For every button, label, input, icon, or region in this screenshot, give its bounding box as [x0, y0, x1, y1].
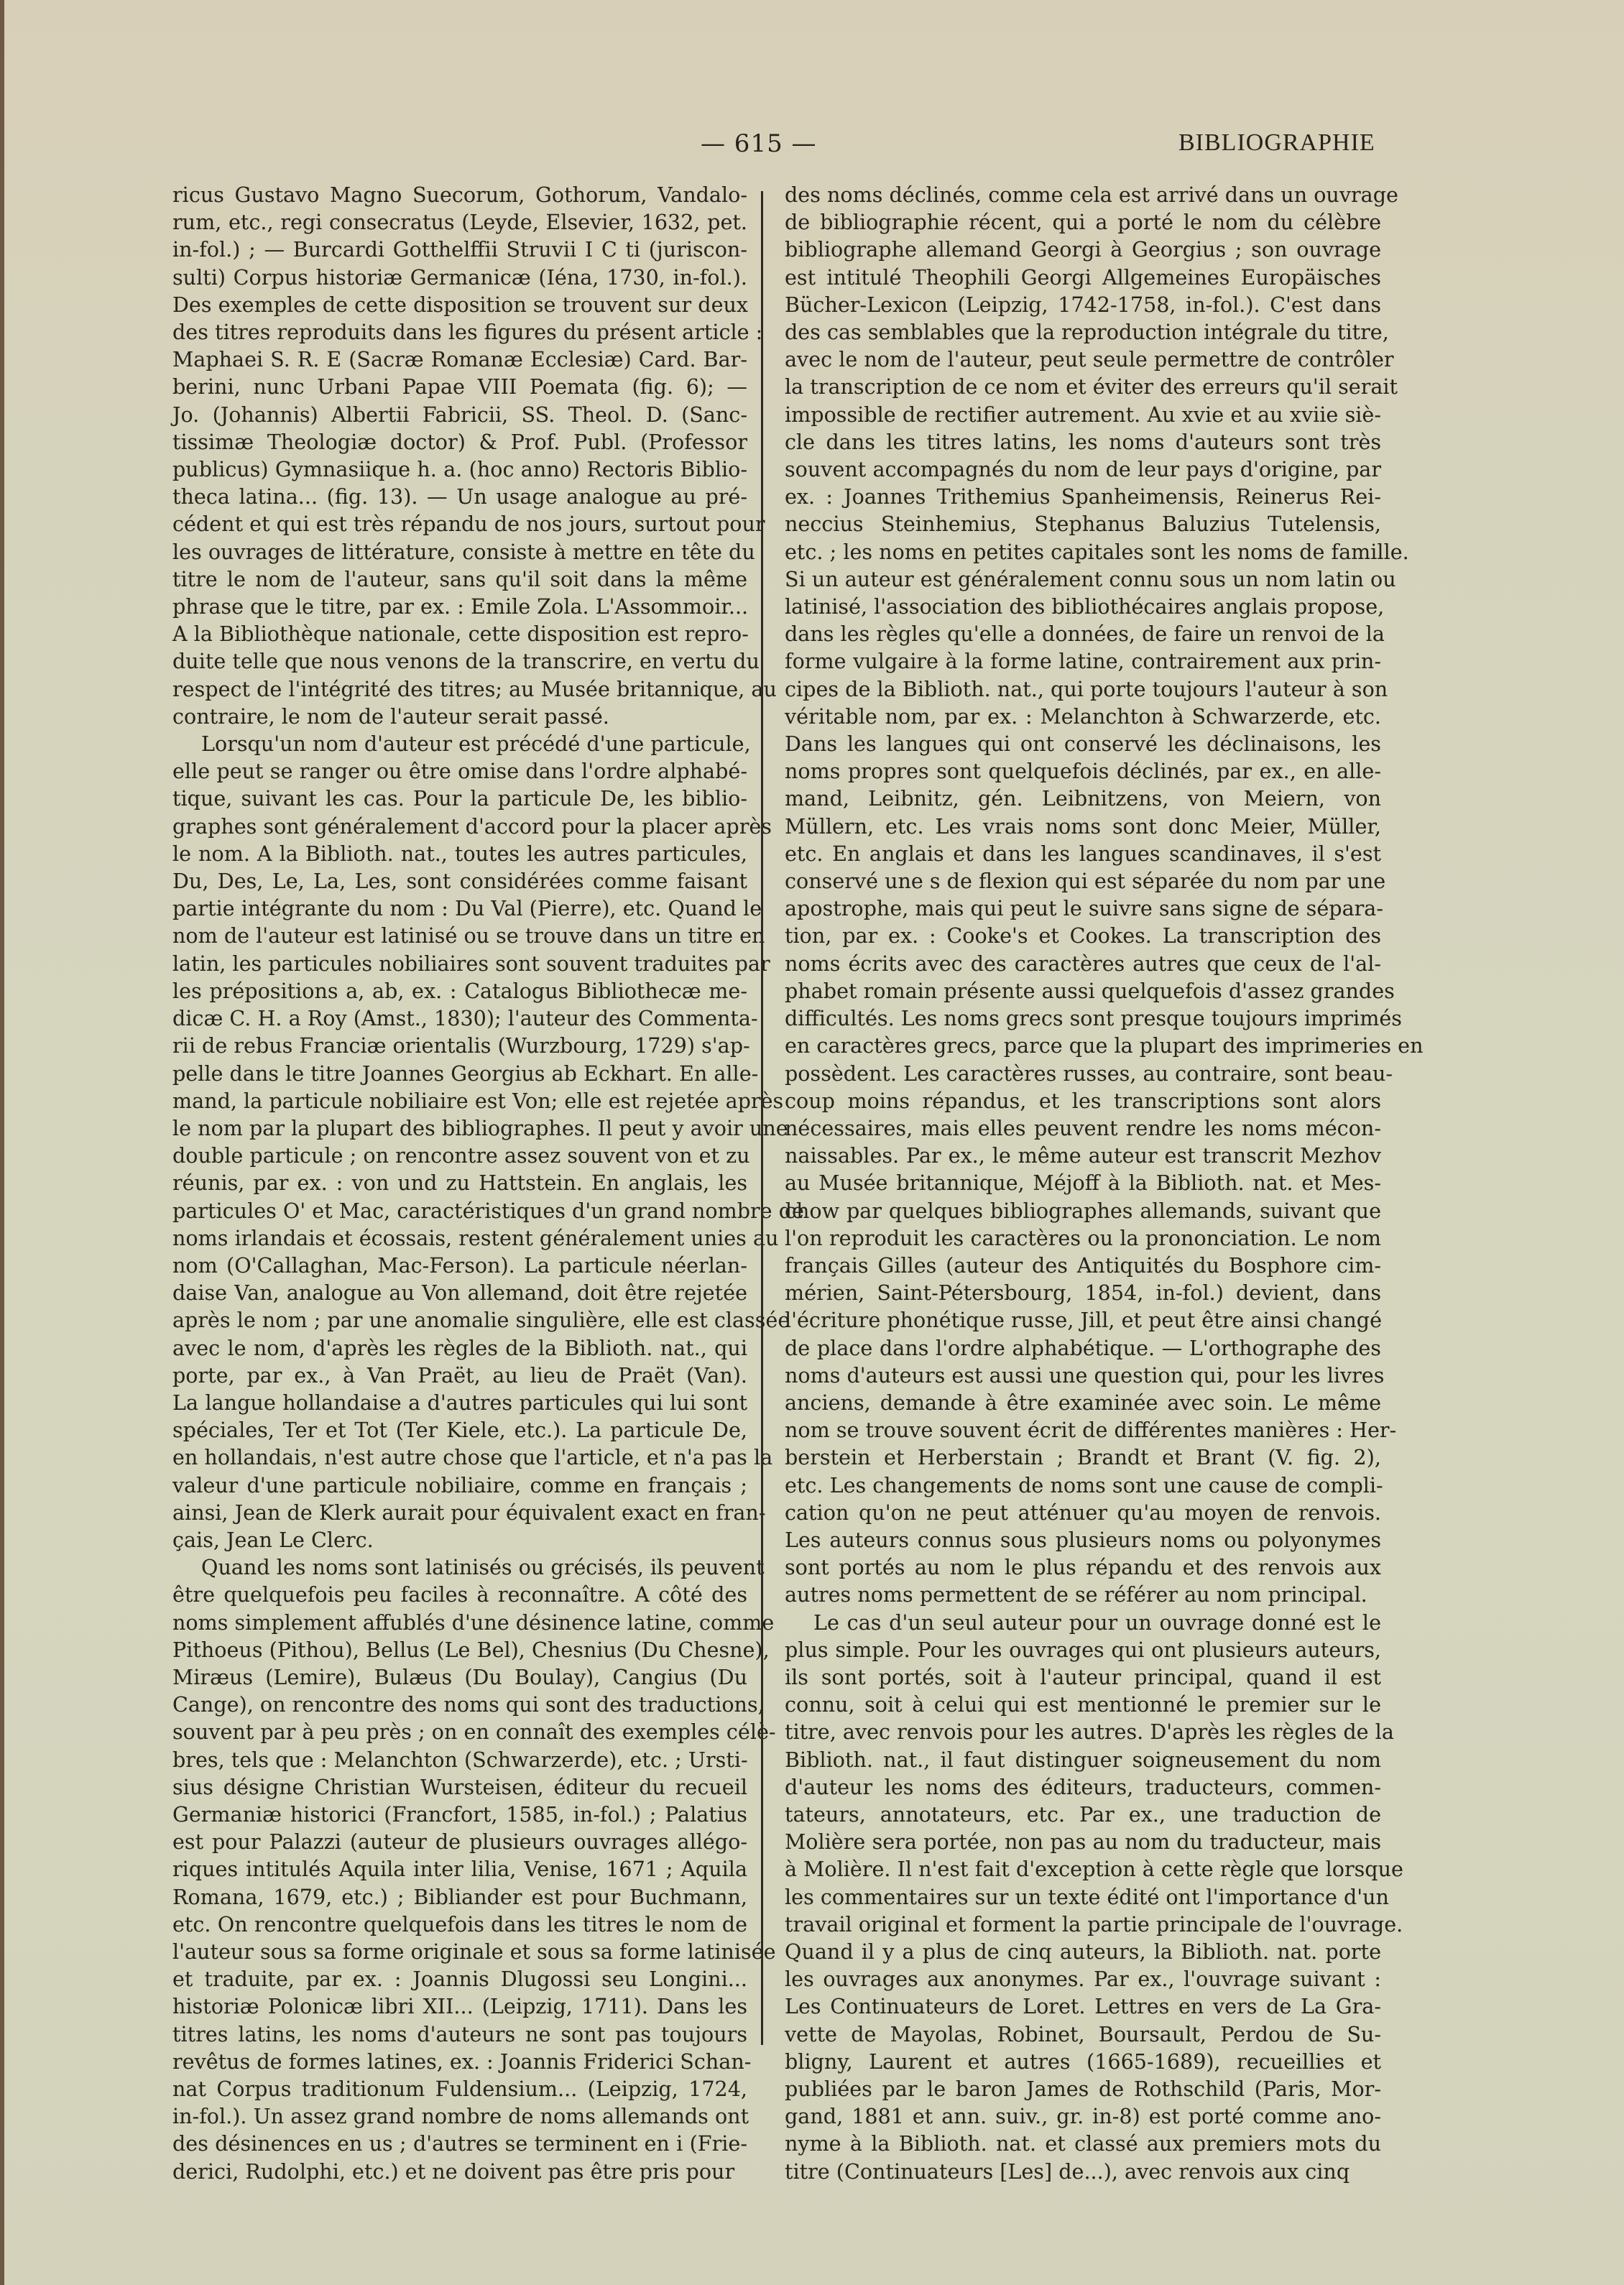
- text-line: noms d'auteurs est aussi une question qu…: [785, 1362, 1381, 1389]
- text-line: les ouvrages aux anonymes. Par ex., l'ou…: [785, 1965, 1381, 1993]
- text-line: valeur d'une particule nobiliaire, comme…: [172, 1472, 747, 1499]
- text-line: revêtus de formes latines, ex. : Joannis…: [172, 2048, 747, 2075]
- text-line: sulti) Corpus historiæ Germanicæ (Iéna, …: [172, 264, 747, 291]
- text-line: neccius Steinhemius, Stephanus Baluzius …: [785, 510, 1381, 537]
- text-line: noms irlandais et écossais, restent géné…: [172, 1224, 747, 1252]
- text-line: partie intégrante du nom : Du Val (Pierr…: [172, 895, 747, 922]
- text-line: bligny, Laurent et autres (1665-1689), r…: [785, 2048, 1381, 2075]
- text-line: les prépositions a, ab, ex. : Catalogus …: [172, 977, 747, 1005]
- text-line: rum, etc., regi consecratus (Leyde, Else…: [172, 208, 747, 236]
- text-line: derici, Rudolphi, etc.) et ne doivent pa…: [172, 2158, 747, 2185]
- text-line: Les auteurs connus sous plusieurs noms o…: [785, 1526, 1381, 1554]
- text-line: titre le nom de l'auteur, sans qu'il soi…: [172, 566, 747, 593]
- text-line: Miræus (Lemire), Bulæus (Du Boulay), Can…: [172, 1663, 747, 1691]
- text-line: bibliographe allemand Georgi à Georgius …: [785, 236, 1381, 263]
- text-line: Bücher-Lexicon (Leipzig, 1742-1758, in-f…: [785, 291, 1381, 318]
- text-line: français Gilles (auteur des Antiquités d…: [785, 1252, 1381, 1279]
- text-line: latin, les particules nobiliaires sont s…: [172, 950, 747, 977]
- text-line: véritable nom, par ex. : Melanchton à Sc…: [785, 703, 1381, 730]
- text-line: titres latins, les noms d'auteurs ne son…: [172, 2021, 747, 2048]
- text-line: tateurs, annotateurs, etc. Par ex., une …: [785, 1801, 1381, 1828]
- text-line: gand, 1881 et ann. suiv., gr. in-8) est …: [785, 2102, 1381, 2130]
- text-line: in-fol.). Un assez grand nombre de noms …: [172, 2102, 747, 2130]
- text-line: nom de l'auteur est latinisé ou se trouv…: [172, 922, 747, 949]
- text-line: noms simplement affublés d'une désinence…: [172, 1609, 747, 1636]
- text-line: cipes de la Biblioth. nat., qui porte to…: [785, 675, 1381, 703]
- text-line: berstein et Herberstain ; Brandt et Bran…: [785, 1444, 1381, 1471]
- text-line: des noms déclinés, comme cela est arrivé…: [785, 181, 1381, 208]
- text-line: nat Corpus traditionum Fuldensium... (Le…: [172, 2075, 747, 2102]
- text-line: conservé une s de flexion qui est séparé…: [785, 867, 1381, 895]
- text-line: en hollandais, n'est autre chose que l'a…: [172, 1444, 747, 1471]
- text-line: en caractères grecs, parce que la plupar…: [785, 1032, 1381, 1059]
- text-line: est pour Palazzi (auteur de plusieurs ou…: [172, 1828, 747, 1855]
- text-line: cation qu'on ne peut atténuer qu'au moye…: [785, 1499, 1381, 1526]
- text-line: Germaniæ historici (Francfort, 1585, in-…: [172, 1801, 747, 1828]
- text-line: l'on reproduit les caractères ou la pron…: [785, 1224, 1381, 1252]
- text-line: duite telle que nous venons de la transc…: [172, 647, 747, 675]
- text-line: possèdent. Les caractères russes, au con…: [785, 1060, 1381, 1087]
- text-line: avec le nom, d'après les règles de la Bi…: [172, 1334, 747, 1362]
- text-line: double particule ; on rencontre assez so…: [172, 1142, 747, 1169]
- text-line: phabet romain présente aussi quelquefois…: [785, 977, 1381, 1005]
- text-line: A la Bibliothèque nationale, cette dispo…: [172, 620, 747, 647]
- text-line: elle peut se ranger ou être omise dans l…: [172, 757, 747, 785]
- text-line: mérien, Saint-Pétersbourg, 1854, in-fol.…: [785, 1279, 1381, 1306]
- text-line: des titres reproduits dans les figures d…: [172, 318, 747, 346]
- right-text-column: des noms déclinés, comme cela est arrivé…: [785, 181, 1381, 2185]
- text-line: sont portés au nom le plus répandu et de…: [785, 1554, 1381, 1581]
- text-line: noms propres sont quelquefois déclinés, …: [785, 757, 1381, 785]
- text-line: ricus Gustavo Magno Suecorum, Gothorum, …: [172, 181, 747, 208]
- text-line: de bibliographie récent, qui a porté le …: [785, 208, 1381, 236]
- text-line: réunis, par ex. : von und zu Hattstein. …: [172, 1169, 747, 1196]
- text-line: çais, Jean Le Clerc.: [172, 1526, 747, 1554]
- text-line: connu, soit à celui qui est mentionné le…: [785, 1691, 1381, 1718]
- text-line: particules O' et Mac, caractéristiques d…: [172, 1197, 747, 1224]
- text-line: difficultés. Les noms grecs sont presque…: [785, 1005, 1381, 1032]
- text-line: apostrophe, mais qui peut le suivre sans…: [785, 895, 1381, 922]
- text-line: autres noms permettent de se référer au …: [785, 1581, 1381, 1608]
- text-line: après le nom ; par une anomalie singuliè…: [172, 1306, 747, 1334]
- text-line: d'auteur les noms des éditeurs, traducte…: [785, 1773, 1381, 1801]
- text-line: respect de l'intégrité des titres; au Mu…: [172, 675, 747, 703]
- text-line: à Molière. Il n'est fait d'exception à c…: [785, 1855, 1381, 1883]
- text-line: etc. Les changements de noms sont une ca…: [785, 1472, 1381, 1499]
- text-line: est intitulé Theophili Georgi Allgemeine…: [785, 264, 1381, 291]
- text-line: etc. En anglais et dans les langues scan…: [785, 840, 1381, 867]
- text-line: Quand les noms sont latinisés ou grécisé…: [172, 1554, 747, 1581]
- text-line: les ouvrages de littérature, consiste à …: [172, 538, 747, 566]
- text-line: Quand il y a plus de cinq auteurs, la Bi…: [785, 1938, 1381, 1965]
- text-line: de place dans l'ordre alphabétique. — L'…: [785, 1334, 1381, 1362]
- page-binding-edge: [0, 0, 4, 2285]
- text-line: publiées par le baron James de Rothschil…: [785, 2075, 1381, 2102]
- text-line: ex. : Joannes Trithemius Spanheimensis, …: [785, 483, 1381, 510]
- text-line: coup moins répandus, et les transcriptio…: [785, 1087, 1381, 1114]
- text-line: Du, Des, Le, La, Les, sont considérées c…: [172, 867, 747, 895]
- running-title: BIBLIOGRAPHIE: [1178, 129, 1375, 157]
- text-line: forme vulgaire à la forme latine, contra…: [785, 647, 1381, 675]
- text-line: nécessaires, mais elles peuvent rendre l…: [785, 1114, 1381, 1142]
- text-line: les commentaires sur un texte édité ont …: [785, 1883, 1381, 1911]
- text-line: naissables. Par ex., le même auteur est …: [785, 1142, 1381, 1169]
- text-line: dans les règles qu'elle a données, de fa…: [785, 620, 1381, 647]
- text-line: vette de Mayolas, Robinet, Boursault, Pe…: [785, 2021, 1381, 2048]
- text-line: Müllern, etc. Les vrais noms sont donc M…: [785, 813, 1381, 840]
- text-line: Lorsqu'un nom d'auteur est précédé d'une…: [172, 730, 747, 757]
- text-line: titre (Continuateurs [Les] de...), avec …: [785, 2158, 1381, 2185]
- text-line: daise Van, analogue au Von allemand, doi…: [172, 1279, 747, 1306]
- text-line: souvent accompagnés du nom de leur pays …: [785, 456, 1381, 483]
- text-line: riques intitulés Aquila inter lilia, Ven…: [172, 1855, 747, 1883]
- text-line: pelle dans le titre Joannes Georgius ab …: [172, 1060, 747, 1087]
- text-line: Si un auteur est généralement connu sous…: [785, 566, 1381, 593]
- text-line: être quelquefois peu faciles à reconnaît…: [172, 1581, 747, 1608]
- text-line: La langue hollandaise a d'autres particu…: [172, 1389, 747, 1416]
- text-line: Des exemples de cette disposition se tro…: [172, 291, 747, 318]
- text-line: cle dans les titres latins, les noms d'a…: [785, 428, 1381, 456]
- text-line: porte, par ex., à Van Praët, au lieu de …: [172, 1362, 747, 1389]
- text-line: etc. ; les noms en petites capitales son…: [785, 538, 1381, 566]
- text-line: tique, suivant les cas. Pour la particul…: [172, 785, 747, 812]
- text-line: Biblioth. nat., il faut distinguer soign…: [785, 1746, 1381, 1773]
- text-line: nom (O'Callaghan, Mac-Ferson). La partic…: [172, 1252, 747, 1279]
- text-line: Romana, 1679, etc.) ; Bibliander est pou…: [172, 1883, 747, 1911]
- text-line: graphes sont généralement d'accord pour …: [172, 813, 747, 840]
- text-line: Maphaei S. R. E (Sacræ Romanæ Ecclesiæ) …: [172, 346, 747, 373]
- text-line: mand, Leibnitz, gén. Leibnitzens, von Me…: [785, 785, 1381, 812]
- text-line: phrase que le titre, par ex. : Emile Zol…: [172, 593, 747, 620]
- text-line: l'auteur sous sa forme originale et sous…: [172, 1938, 747, 1965]
- text-line: et traduite, par ex. : Joannis Dlugossi …: [172, 1965, 747, 1993]
- text-line: ainsi, Jean de Klerk aurait pour équival…: [172, 1499, 747, 1526]
- text-line: Cange), on rencontre des noms qui sont d…: [172, 1691, 747, 1718]
- text-line: noms écrits avec des caractères autres q…: [785, 950, 1381, 977]
- text-line: dicæ C. H. a Roy (Amst., 1830); l'auteur…: [172, 1005, 747, 1032]
- text-line: l'écriture phonétique russe, Jill, et pe…: [785, 1306, 1381, 1334]
- text-line: avec le nom de l'auteur, peut seule perm…: [785, 346, 1381, 373]
- text-line: anciens, demande à être examinée avec so…: [785, 1389, 1381, 1416]
- text-line: theca latina... (fig. 13). — Un usage an…: [172, 483, 747, 510]
- text-line: etc. On rencontre quelquefois dans les t…: [172, 1911, 747, 1938]
- page-number: — 615 —: [701, 129, 817, 158]
- text-line: in-fol.) ; — Burcardi Gotthelffii Struvi…: [172, 236, 747, 263]
- text-line: travail original et forment la partie pr…: [785, 1911, 1381, 1938]
- text-line: tissimæ Theologiæ doctor) & Prof. Publ. …: [172, 428, 747, 456]
- text-line: Jo. (Johannis) Albertii Fabricii, SS. Th…: [172, 401, 747, 428]
- text-line: historiæ Polonicæ libri XII... (Leipzig,…: [172, 1993, 747, 2020]
- text-line: impossible de rectifier autrement. Au xv…: [785, 401, 1381, 428]
- text-line: bres, tels que : Melanchton (Schwarzerde…: [172, 1746, 747, 1773]
- text-line: souvent par à peu près ; on en connaît d…: [172, 1718, 747, 1745]
- text-line: spéciales, Ter et Tot (Ter Kiele, etc.).…: [172, 1416, 747, 1444]
- column-divider: [761, 191, 763, 2045]
- page-header: — 615 — BIBLIOGRAPHIE: [0, 129, 1624, 172]
- text-line: Le cas d'un seul auteur pour un ouvrage …: [785, 1609, 1381, 1636]
- text-line: publicus) Gymnasiique h. a. (hoc anno) R…: [172, 456, 747, 483]
- text-line: le nom par la plupart des bibliographes.…: [172, 1114, 747, 1142]
- text-line: rii de rebus Franciæ orientalis (Wurzbou…: [172, 1032, 747, 1059]
- text-line: latinisé, l'association des bibliothécai…: [785, 593, 1381, 620]
- text-line: cédent et qui est très répandu de nos jo…: [172, 510, 747, 537]
- text-line: chow par quelques bibliographes allemand…: [785, 1197, 1381, 1224]
- text-line: berini, nunc Urbani Papae VIII Poemata (…: [172, 373, 747, 400]
- text-line: sius désigne Christian Wursteisen, édite…: [172, 1773, 747, 1801]
- text-line: plus simple. Pour les ouvrages qui ont p…: [785, 1636, 1381, 1663]
- text-line: des désinences en us ; d'autres se termi…: [172, 2130, 747, 2157]
- text-line: des cas semblables que la reproduction i…: [785, 318, 1381, 346]
- text-line: Les Continuateurs de Loret. Lettres en v…: [785, 1993, 1381, 2020]
- text-line: tion, par ex. : Cooke's et Cookes. La tr…: [785, 922, 1381, 949]
- text-line: Pithoeus (Pithou), Bellus (Le Bel), Ches…: [172, 1636, 747, 1663]
- text-line: ils sont portés, soit à l'auteur princip…: [785, 1663, 1381, 1691]
- text-line: la transcription de ce nom et éviter des…: [785, 373, 1381, 400]
- left-text-column: ricus Gustavo Magno Suecorum, Gothorum, …: [172, 181, 747, 2185]
- text-line: contraire, le nom de l'auteur serait pas…: [172, 703, 747, 730]
- text-line: titre, avec renvois pour les autres. D'a…: [785, 1718, 1381, 1745]
- text-line: au Musée britannique, Méjoff à la Biblio…: [785, 1169, 1381, 1196]
- text-line: nom se trouve souvent écrit de différent…: [785, 1416, 1381, 1444]
- text-line: mand, la particule nobiliaire est Von; e…: [172, 1087, 747, 1114]
- text-line: Molière sera portée, non pas au nom du t…: [785, 1828, 1381, 1855]
- text-line: Dans les langues qui ont conservé les dé…: [785, 730, 1381, 757]
- text-line: nyme à la Biblioth. nat. et classé aux p…: [785, 2130, 1381, 2157]
- text-line: le nom. A la Biblioth. nat., toutes les …: [172, 840, 747, 867]
